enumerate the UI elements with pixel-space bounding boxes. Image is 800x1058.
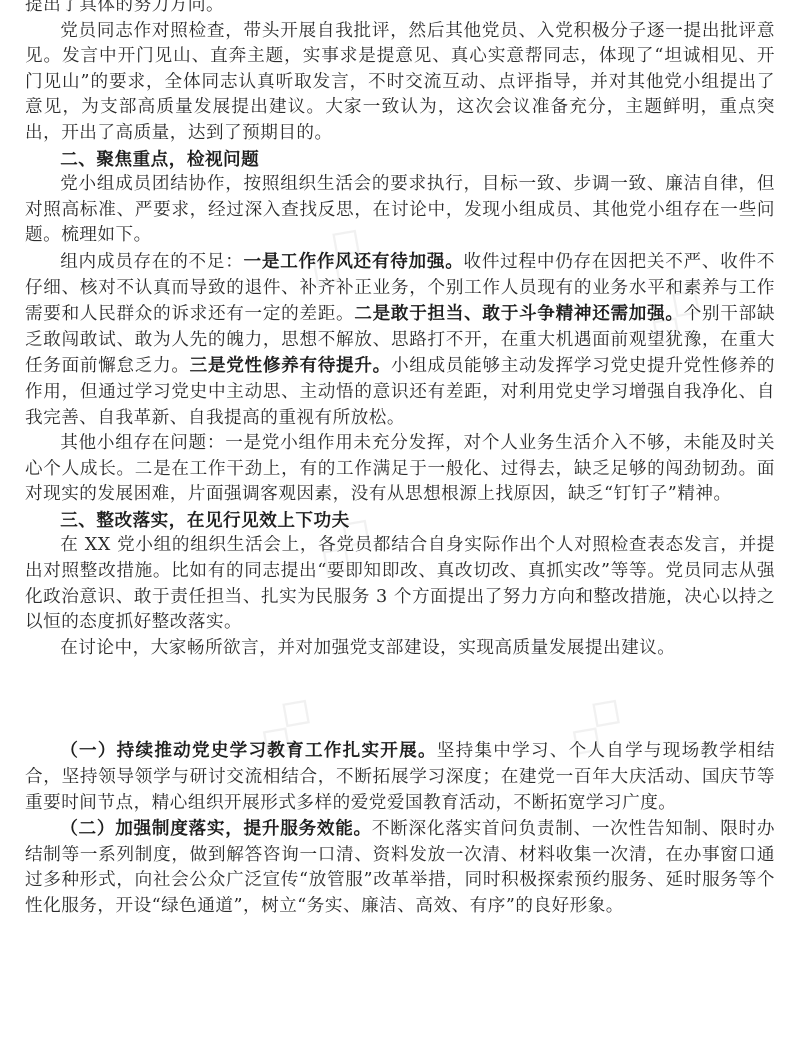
- section-heading-2: 二、聚焦重点，检视问题: [25, 147, 775, 173]
- paragraph-continued: 提出了具体的努力方向。: [25, 0, 775, 19]
- measure-2-title: （二）加强制度落实，提升服务效能。: [60, 818, 372, 839]
- measure-1-title: （一）持续推动党史学习教育工作扎实开展。: [60, 740, 437, 761]
- document-page: 提出了具体的努力方向。 党员同志作对照检查，带头开展自我批评，然后其他党员、入党…: [25, 0, 775, 920]
- paragraph-rectification: 在 XX 党小组的组织生活会上，各党员都结合自身实际作出个人对照检查表态发言，并…: [25, 533, 775, 635]
- paragraph-discussion: 在讨论中，大家畅所欲言，并对加强党支部建设，实现高质量发展提出建议。: [25, 636, 775, 662]
- paragraph-team-review: 党小组成员团结协作，按照组织生活会的要求执行，目标一致、步调一致、廉洁自律，但对…: [25, 172, 775, 249]
- paragraph-other-groups: 其他小组存在问题：一是党小组作用未充分发挥，对个人业务生活介入不够，未能及时关心…: [25, 431, 775, 508]
- shortcoming-3-title: 三是党性修养有待提升。: [190, 355, 391, 376]
- paragraph-member-shortcomings: 组内成员存在的不足：一是工作作风还有待加强。收件过程中仍存在因把关不严、收件不仔…: [25, 249, 775, 431]
- measure-1: （一）持续推动党史学习教育工作扎实开展。坚持集中学习、个人自学与现场教学相结合，…: [25, 738, 775, 816]
- shortcomings-lead: 组内成员存在的不足：: [60, 252, 243, 272]
- measure-2: （二）加强制度落实，提升服务效能。不断深化落实首问负责制、一次性告知制、限时办结…: [25, 816, 775, 919]
- blank-gap: [25, 661, 775, 738]
- paragraph-self-criticism: 党员同志作对照检查，带头开展自我批评，然后其他党员、入党积极分子逐一提出批评意见…: [25, 19, 775, 147]
- section-heading-3: 三、整改落实，在见行见效上下功夫: [25, 508, 775, 534]
- shortcoming-1-title: 一是工作作风还有待加强。: [244, 251, 464, 272]
- shortcoming-2-title: 二是敢于担当、敢于斗争精神还需加强。: [354, 303, 683, 324]
